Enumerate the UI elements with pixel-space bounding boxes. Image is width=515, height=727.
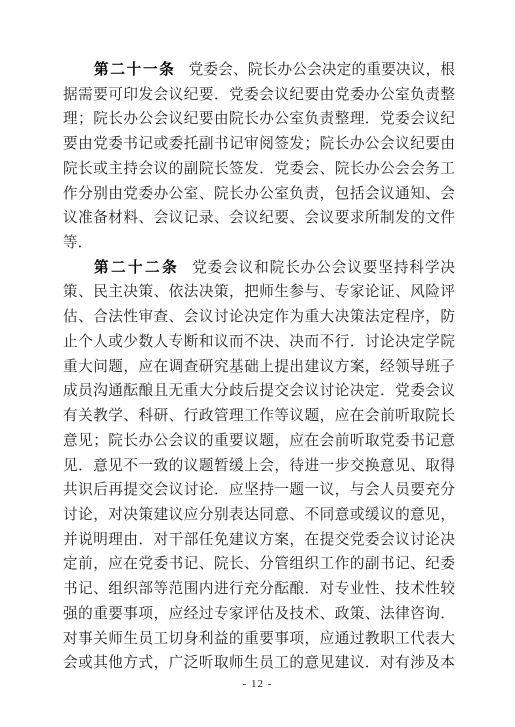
article-first-line: 第二十一条党委会、院长办公会决定的重要决议，根 <box>63 58 455 83</box>
article-heading: 第二十二条 <box>94 260 179 276</box>
line-text: 党委会议和院长办公会议要坚持科学决 <box>192 260 455 276</box>
text-line: 重大问题，应在调查研究基础上提出建议方案，经领导班子 <box>63 355 455 380</box>
text-line: 意见；院长办公会议的重要议题，应在会前听取党委书记意 <box>63 429 455 454</box>
text-line: 策、民主决策、依法决策，把师生参与、专家论证、风险评 <box>63 280 455 305</box>
page-number: - 12 - <box>0 678 515 690</box>
text-line: 并说明理由．对干部任免建议方案，在提交党委会议讨论决 <box>63 528 455 553</box>
document-body: 第二十一条党委会、院长办公会决定的重要决议，根据需要可印发会议纪要．党委会议纪要… <box>63 58 455 676</box>
text-line: 据需要可印发会议纪要．党委会议纪要由党委办公室负责整 <box>63 83 455 108</box>
text-line: 有关教学、科研、行政管理工作等议题，应在会前听取院长 <box>63 404 455 429</box>
text-line: 强的重要事项，应经过专家评估及技术、政策、法律咨询． <box>63 602 455 627</box>
text-line: 定前，应在党委书记、院长、分管组织工作的副书记、纪委 <box>63 552 455 577</box>
text-line: 理；院长办公会议纪要由院长办公室负责整理．党委会议纪 <box>63 107 455 132</box>
text-line: 作分别由党委办公室、院长办公室负责，包括会议通知、会 <box>63 182 455 207</box>
text-line: 讨论，对决策建议应分别表达同意、不同意或缓议的意见， <box>63 503 455 528</box>
text-line: 对事关师生员工切身利益的重要事项，应通过教职工代表大 <box>63 627 455 652</box>
text-line: 见．意见不一致的议题暂缓上会，待进一步交换意见、取得 <box>63 454 455 479</box>
document-page: 第二十一条党委会、院长办公会决定的重要决议，根据需要可印发会议纪要．党委会议纪要… <box>0 0 515 727</box>
text-line: 书记、组织部等范围内进行充分酝酿．对专业性、技术性较 <box>63 577 455 602</box>
text-line: 会或其他方式，广泛听取师生员工的意见建议．对有涉及本 <box>63 651 455 676</box>
line-text: 党委会、院长办公会决定的重要决议，根 <box>189 62 455 78</box>
article-first-line: 第二十二条党委会议和院长办公会议要坚持科学决 <box>63 256 455 281</box>
text-line: 共识后再提交会议讨论．应坚持一题一议，与会人员要充分 <box>63 478 455 503</box>
text-line: 等． <box>63 231 455 256</box>
text-line: 止个人或少数人专断和议而不决、决而不行．讨论决定学院 <box>63 330 455 355</box>
article-heading: 第二十一条 <box>94 62 176 78</box>
text-line: 成员沟通酝酿且无重大分歧后提交会议讨论决定．党委会议 <box>63 379 455 404</box>
text-line: 议准备材料、会议记录、会议纪要、会议要求所制发的文件 <box>63 206 455 231</box>
text-line: 估、合法性审查、会议讨论决定作为重大决策法定程序，防 <box>63 305 455 330</box>
text-line: 院长或主持会议的副院长签发．党委会、院长办公会会务工 <box>63 157 455 182</box>
text-line: 要由党委书记或委托副书记审阅签发；院长办公会议纪要由 <box>63 132 455 157</box>
